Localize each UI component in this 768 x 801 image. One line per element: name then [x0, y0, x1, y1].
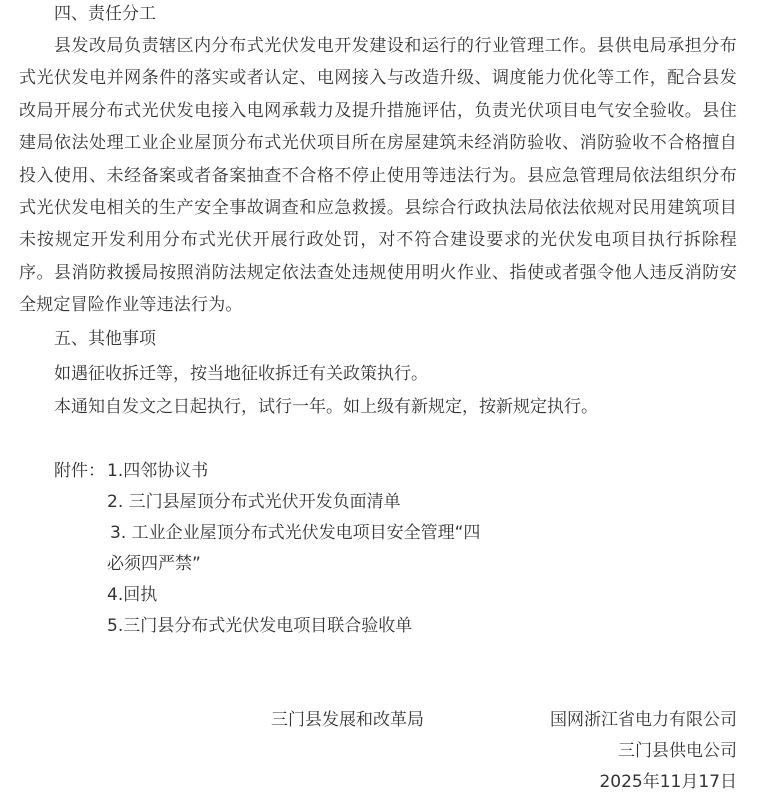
attachment-item-1: 1.四邻协议书 [107, 460, 208, 482]
signature-right-org-line2: 三门县供电公司 [618, 740, 737, 762]
signature-left-org: 三门县发展和改革局 [271, 709, 424, 731]
other-matters-line-1: 如遇征收拆迁等，按当地征收拆迁有关政策执行。 [54, 363, 428, 385]
section-heading-other-matters: 五、其他事项 [54, 328, 156, 350]
attachments-label: 附件： [54, 460, 105, 482]
attachment-item-3-continued: 必须四严禁” [107, 553, 201, 575]
other-matters-line-2: 本通知自发文之日起执行，试行一年。如上级有新规定，按新规定执行。 [54, 396, 598, 418]
attachment-item-5: 5.三门县分布式光伏发电项目联合验收单 [107, 615, 412, 637]
signature-right-org-line1: 国网浙江省电力有限公司 [550, 709, 737, 731]
attachment-item-2: 2. 三门县屋顶分布式光伏开发负面清单 [107, 491, 401, 513]
attachment-item-3: 3. 工业企业屋顶分布式光伏发电项目安全管理“四 [110, 522, 480, 544]
responsibilities-paragraph: 县发改局负责辖区内分布式光伏发电开发建设和运行的行业管理工作。县供电局承担分布式… [19, 30, 737, 322]
signature-date: 2025年11月17日 [599, 771, 737, 793]
section-heading-responsibilities: 四、责任分工 [54, 3, 156, 25]
attachment-item-4: 4.回执 [107, 584, 157, 606]
